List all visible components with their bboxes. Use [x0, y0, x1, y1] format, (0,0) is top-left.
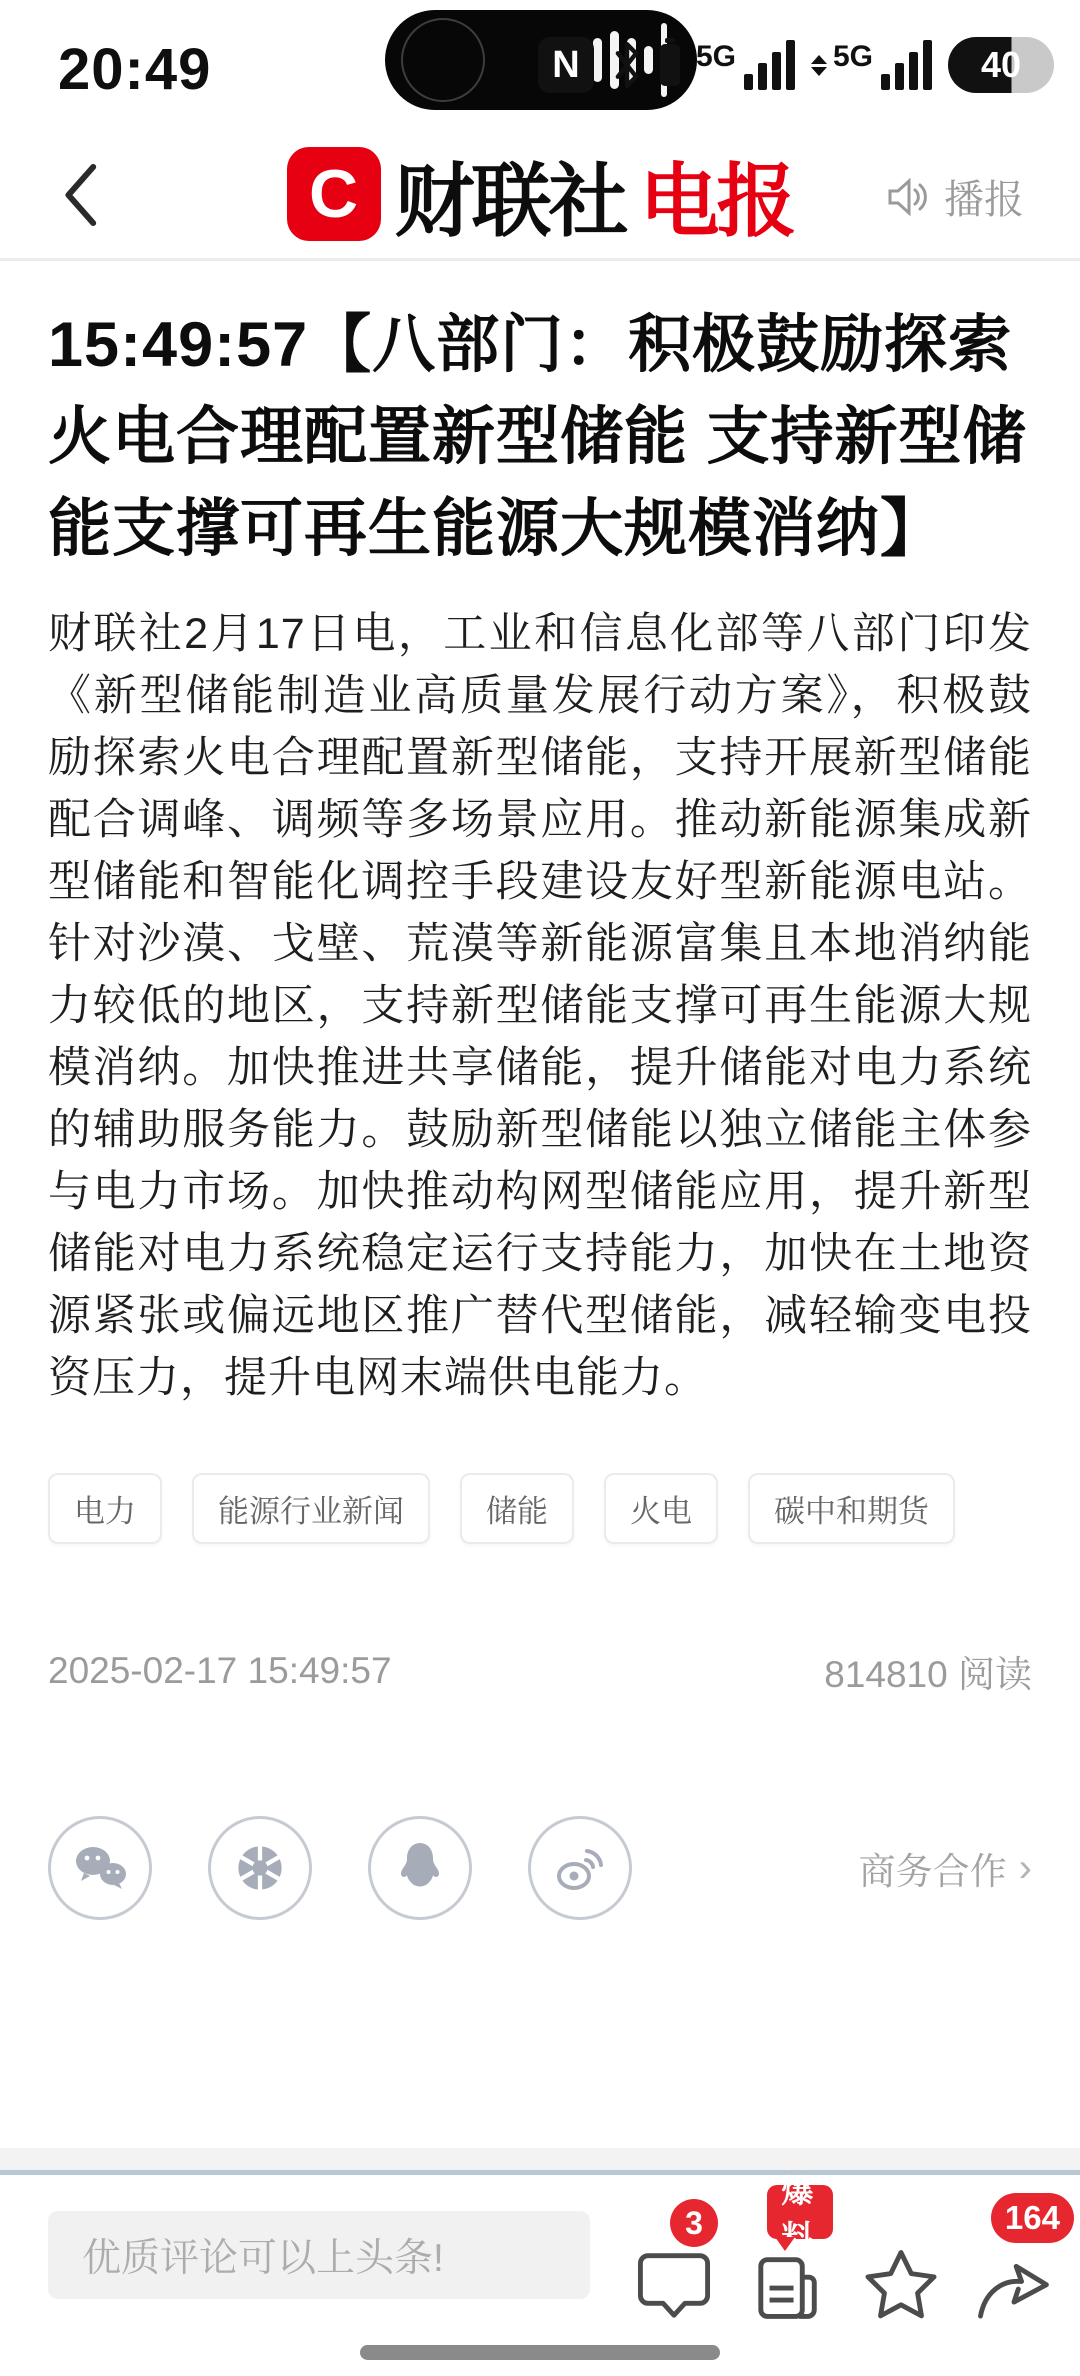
- network-type-label: 5G: [696, 40, 736, 74]
- tag-pill[interactable]: 储能: [460, 1473, 574, 1544]
- section-gap: [0, 2148, 1080, 2170]
- bottom-action-bar: 优质评论可以上头条! 3 爆料 164: [0, 2175, 1080, 2376]
- action-buttons: 3 爆料 164: [628, 2193, 1060, 2323]
- comment-count-badge: 3: [670, 2199, 718, 2247]
- publish-timestamp: 2025-02-17 15:49:57: [48, 1650, 392, 1692]
- tag-list: 电力 能源行业新闻 储能 火电 碳中和期货: [48, 1473, 1032, 1544]
- qq-penguin-icon: [396, 1841, 444, 1895]
- chevron-right-icon: ›: [1019, 1846, 1032, 1891]
- broadcast-label: 播报: [944, 168, 1024, 225]
- share-count-badge: 164: [991, 2193, 1074, 2243]
- speaker-icon: [886, 175, 934, 219]
- tag-pill[interactable]: 电力: [48, 1473, 162, 1544]
- business-cooperation-link[interactable]: 商务合作 ›: [859, 1841, 1032, 1895]
- camera-lens-icon: [401, 18, 485, 102]
- share-row: 商务合作 ›: [48, 1816, 1032, 1920]
- share-button[interactable]: 164: [968, 2203, 1060, 2323]
- signal-bars-icon: [744, 40, 795, 90]
- tipoff-badge: 爆料: [767, 2185, 833, 2239]
- article-body: 财联社2月17日电，工业和信息化部等八部门印发《新型储能制造业高质量发展行动方案…: [48, 603, 1032, 1409]
- comments-button[interactable]: 3: [628, 2203, 720, 2323]
- signal-sim1: 5G: [696, 40, 795, 90]
- clock: 20:49: [58, 36, 211, 103]
- network-type-label: 5G: [833, 40, 873, 74]
- news-document-icon: [752, 2251, 822, 2323]
- signal-bars-icon: [881, 40, 932, 90]
- tag-pill[interactable]: 火电: [604, 1473, 718, 1544]
- status-icons: N 5G 5G 40: [538, 0, 1054, 130]
- tag-pill[interactable]: 能源行业新闻: [192, 1473, 430, 1544]
- share-weibo-button[interactable]: [528, 1816, 632, 1920]
- comment-placeholder: 优质评论可以上头条!: [82, 2227, 444, 2283]
- article: 15:49:57【八部门：积极鼓励探索火电合理配置新型储能 支持新型储能支撑可再…: [0, 261, 1080, 2148]
- article-title: 15:49:57【八部门：积极鼓励探索火电合理配置新型储能 支持新型储能支撑可再…: [48, 299, 1032, 575]
- share-arrow-icon: [974, 2253, 1054, 2323]
- logo-text-black: 财联社: [395, 137, 626, 252]
- bluetooth-icon: [610, 39, 644, 91]
- tipoff-button[interactable]: 爆料: [741, 2203, 833, 2323]
- battery-percent: 40: [948, 37, 1054, 93]
- star-icon: [862, 2247, 940, 2323]
- cailianshe-logo-icon: C: [287, 147, 381, 241]
- tag-pill[interactable]: 碳中和期货: [748, 1473, 955, 1544]
- nfc-icon: N: [538, 37, 594, 93]
- status-bar: 20:49 N 5G 5G 40: [0, 0, 1080, 130]
- gesture-home-bar[interactable]: [360, 2345, 720, 2360]
- logo-text-red: 电报: [640, 137, 794, 252]
- signal-sim2: 5G: [811, 40, 932, 90]
- battery-icon: 40: [948, 37, 1054, 93]
- header: C 财联社 电报 播报: [0, 130, 1080, 258]
- share-moments-button[interactable]: [208, 1816, 312, 1920]
- comment-input[interactable]: 优质评论可以上头条!: [48, 2211, 590, 2299]
- moments-aperture-icon: [234, 1842, 286, 1894]
- comment-bubble-icon: [635, 2249, 713, 2323]
- bluetooth-battery-icon: [660, 44, 680, 86]
- share-wechat-button[interactable]: [48, 1816, 152, 1920]
- weibo-icon: [553, 1843, 607, 1893]
- wechat-icon: [72, 1843, 128, 1893]
- broadcast-button[interactable]: 播报: [886, 168, 1024, 225]
- share-qq-button[interactable]: [368, 1816, 472, 1920]
- business-label: 商务合作: [859, 1841, 1007, 1895]
- data-arrows-icon: [811, 55, 827, 76]
- favorite-button[interactable]: [855, 2203, 947, 2323]
- article-meta: 2025-02-17 15:49:57 814810 阅读: [48, 1644, 1032, 1698]
- read-count: 814810 阅读: [824, 1644, 1032, 1698]
